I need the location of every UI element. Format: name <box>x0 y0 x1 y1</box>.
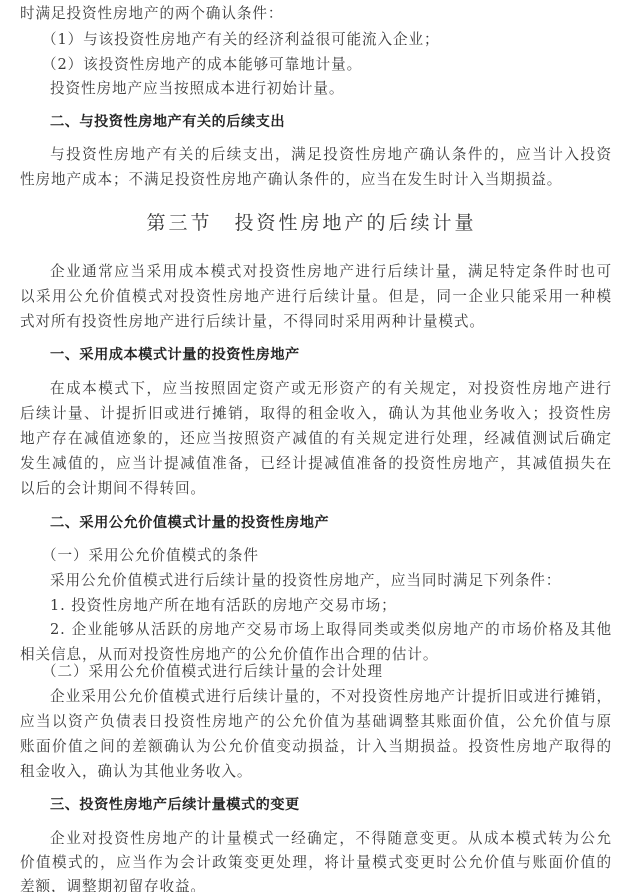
text-line: 投资性房地产应当按照成本进行初始计量。 <box>50 79 612 99</box>
condition-item-2: 2. 企业能够从活跃的房地产交易市场上取得同类或类似房地产的市场价格及其他 <box>50 620 612 640</box>
heading-cost-model: 一、采用成本模式计量的投资性房地产 <box>50 345 300 365</box>
condition-item-1: 1. 投资性房地产所在地有活跃的房地产交易市场； <box>50 596 612 616</box>
paragraph-line: 以采用公允价值模式对投资性房地产进行后续计量。但是，同一企业只能采用一种模 <box>20 287 612 307</box>
text-line: 时满足投资性房地产的两个确认条件： <box>20 4 612 24</box>
paragraph-line: 账面价值之间的差额确认为公允价值变动损益，计入当期损益。投资性房地产取得的 <box>20 737 612 757</box>
paragraph-line: 采用公允价值模式进行后续计量的投资性房地产，应当同时满足下列条件： <box>50 571 612 591</box>
heading-fair-value-model: 二、采用公允价值模式计量的投资性房地产 <box>50 513 329 533</box>
condition-1: （1）与该投资性房地产有关的经济利益很可能流入企业； <box>42 30 623 50</box>
paragraph-line: 地产存在减值迹象的，还应当按照资产减值的有关规定进行处理，经减值测试后确定 <box>20 429 612 449</box>
paragraph-line: 以后的会计期间不得转回。 <box>20 479 612 499</box>
paragraph-line: 企业对投资性房地产的计量模式一经确定，不得随意变更。从成本模式转为公允 <box>50 829 612 849</box>
subheading-conditions: （一）采用公允价值模式的条件 <box>42 546 623 566</box>
paragraph-line: 在成本模式下，应当按照固定资产或无形资产的有关规定，对投资性房地产进行 <box>50 379 612 399</box>
paragraph-line: 与投资性房地产有关的后续支出，满足投资性房地产确认条件的，应当计入投资 <box>50 145 612 165</box>
paragraph-line: 企业通常应当采用成本模式对投资性房地产进行后续计量，满足特定条件时也可 <box>50 262 612 282</box>
paragraph-line: 差额，调整期初留存收益。 <box>20 877 612 892</box>
paragraph-line: 企业采用公允价值模式进行后续计量的，不对投资性房地产计提折旧或进行摊销， <box>50 687 612 707</box>
paragraph-line: 租金收入，确认为其他业务收入。 <box>20 762 612 782</box>
heading-model-change: 三、投资性房地产后续计量模式的变更 <box>50 795 300 815</box>
paragraph-line: 后续计量、计提折旧或进行摊销，取得的租金收入，确认为其他业务收入；投资性房 <box>20 404 612 424</box>
paragraph-line: 价值模式的，应当作为会计政策变更处理，将计量模式变更时公允价值与账面价值的 <box>20 853 612 873</box>
paragraph-line: 发生减值的，应当计提减值准备，已经计提减值准备的投资性房地产，其减值损失在 <box>20 454 612 474</box>
paragraph-line: 式对所有投资性房地产进行后续计量，不得同时采用两种计量模式。 <box>20 312 612 332</box>
subheading-accounting: （二）采用公允价值模式进行后续计量的会计处理 <box>42 662 623 682</box>
paragraph-line: 应当以资产负债表日投资性房地产的公允价值为基础调整其账面价值，公允价值与原 <box>20 712 612 732</box>
paragraph-line: 性房地产成本；不满足投资性房地产确认条件的，应当在发生时计入当期损益。 <box>20 170 612 190</box>
condition-2: （2）该投资性房地产的成本能够可靠地计量。 <box>42 55 623 75</box>
heading-subsequent-expenditure: 二、与投资性房地产有关的后续支出 <box>50 112 285 132</box>
section-title: 第三节 投资性房地产的后续计量 <box>0 210 623 236</box>
